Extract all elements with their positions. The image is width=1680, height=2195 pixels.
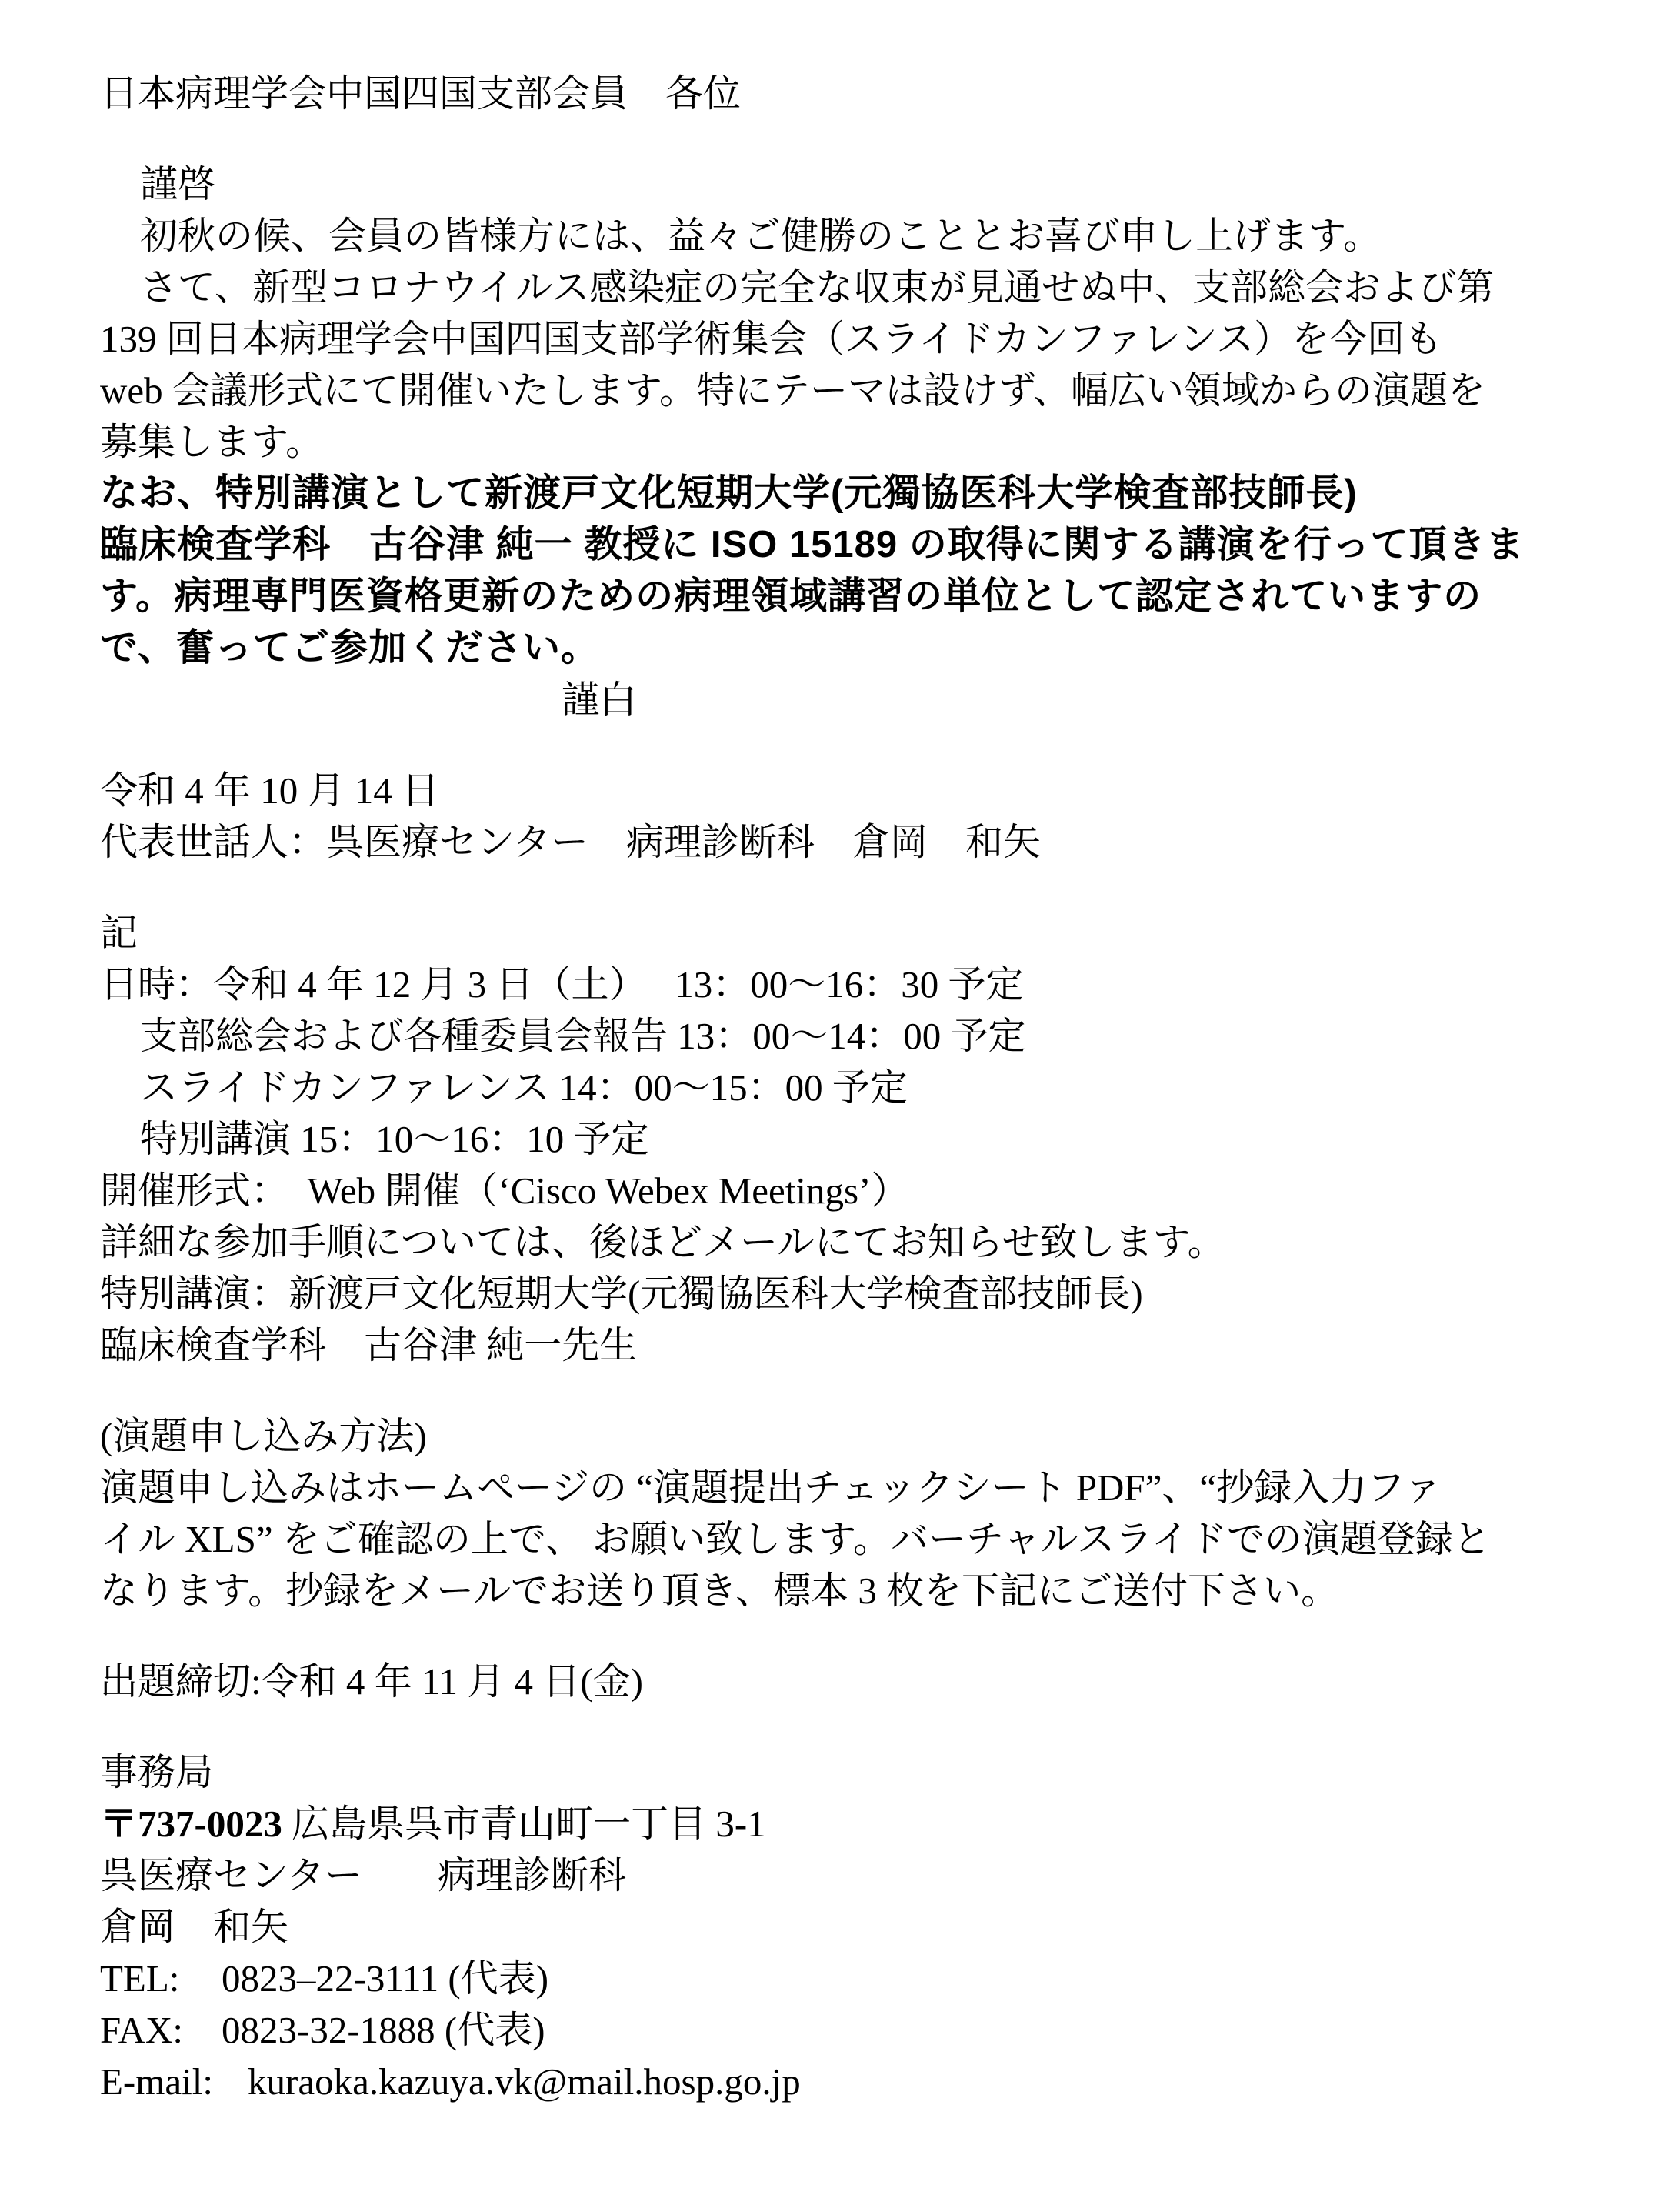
lecture-line-2: 臨床検査学科 古谷津 純一先生 [100, 1319, 1634, 1371]
recipient-line: 日本病理学会中国四国支部会員 各位 [100, 68, 1634, 119]
fax-label: FAX: [100, 2004, 222, 2056]
postal-code: 〒737-0023 [100, 1803, 282, 1845]
blank-line [100, 1616, 1634, 1656]
opening-body-line-5: 募集します。 [100, 416, 1634, 468]
blank-line [100, 1707, 1634, 1746]
tel-value: 0823–22-3111 (代表) [222, 1957, 548, 2000]
fax-value: 0823-32-1888 (代表) [222, 2009, 545, 2051]
blank-line [100, 1371, 1634, 1410]
email-line: E-mail:kuraoka.kazuya.vk@mail.hosp.go.jp [100, 2056, 1634, 2107]
blank-line [100, 726, 1634, 765]
application-heading: (演題申し込み方法) [100, 1410, 1634, 1462]
opening-body-line-4: web 会議形式にて開催いたします。特にテーマは設けず、幅広い領域からの演題を [100, 365, 1634, 416]
office-org-line: 呉医療センター 病理診断科 [100, 1850, 1634, 1901]
schedule-line-2: 支部総会および各種委員会報告 13：00〜14：00 予定 [100, 1010, 1634, 1062]
letter-document: 日本病理学会中国四国支部会員 各位 謹啓 初秋の候、会員の皆様方には、益々ご健勝… [0, 0, 1680, 2195]
schedule-line-3: スライドカンファレンス 14：00〜15：00 予定 [100, 1062, 1634, 1113]
email-value: kuraoka.kazuya.vk@mail.hosp.go.jp [248, 2060, 801, 2103]
date-line: 令和 4 年 10 月 14 日 [100, 765, 1634, 816]
application-body-line-1: 演題申し込みはホームページの “演題提出チェックシート PDF”、“抄録入力ファ [100, 1462, 1634, 1513]
email-label: E-mail: [100, 2056, 248, 2107]
fax-line: FAX:0823-32-1888 (代表) [100, 2004, 1634, 2056]
lecture-line-1: 特別講演：新渡戸文化短期大学(元獨協医科大学検査部技師長) [100, 1268, 1634, 1319]
emphasis-line-4: で、奮ってご参加ください。 [100, 622, 1634, 674]
blank-line [100, 119, 1634, 158]
tel-label: TEL: [100, 1953, 222, 2004]
notice-heading: 記 [100, 907, 1634, 959]
emphasis-line-1: なお、特別講演として新渡戸文化短期大学(元獨協医科大学検査部技師長) [100, 468, 1634, 519]
opening-body-line-2: さて、新型コロナウイルス感染症の完全な収束が見通せぬ中、支部総会および第 [100, 262, 1634, 313]
schedule-line-4: 特別講演 15：10〜16：10 予定 [100, 1113, 1634, 1165]
emphasis-line-3: す。病理専門医資格更新のための病理領域講習の単位として認定されていますの [100, 571, 1634, 622]
opening-body-line-1: 初秋の候、会員の皆様方には、益々ご健勝のこととお喜び申し上げます。 [100, 210, 1634, 262]
opening-body-line-3: 139 回日本病理学会中国四国支部学術集会（スライドカンファレンス）を今回も [100, 313, 1634, 365]
blank-line [100, 868, 1634, 907]
office-heading: 事務局 [100, 1746, 1634, 1798]
application-body-line-3: なります。抄録をメールでお送り頂き、標本 3 枚を下記にご送付下さい。 [100, 1565, 1634, 1616]
organizer-line: 代表世話人：呉医療センター 病理診断科 倉岡 和矢 [100, 816, 1634, 868]
deadline-line: 出題締切:令和 4 年 11 月 4 日(金) [100, 1656, 1634, 1707]
emphasis-line-2: 臨床検査学科 古谷津 純一 教授に ISO 15189 の取得に関する講演を行っ… [100, 519, 1634, 571]
tel-line: TEL:0823–22-3111 (代表) [100, 1953, 1634, 2004]
details-line: 詳細な参加手順については、後ほどメールにてお知らせ致します。 [100, 1216, 1634, 1268]
application-body-line-2: イル XLS” をご確認の上で、 お願い致します。バーチャルスライドでの演題登録… [100, 1513, 1634, 1565]
office-person-line: 倉岡 和矢 [100, 1901, 1634, 1953]
closing-salutation: 謹白 [100, 674, 1634, 726]
schedule-line-1: 日時：令和 4 年 12 月 3 日（土） 13：00〜16：30 予定 [100, 959, 1634, 1010]
address-text: 広島県呉市青山町一丁目 3-1 [282, 1803, 766, 1845]
format-line: 開催形式： Web 開催（‘Cisco Webex Meetings’） [100, 1165, 1634, 1216]
office-address-line: 〒737-0023 広島県呉市青山町一丁目 3-1 [100, 1798, 1634, 1850]
salutation: 謹啓 [100, 158, 1634, 210]
